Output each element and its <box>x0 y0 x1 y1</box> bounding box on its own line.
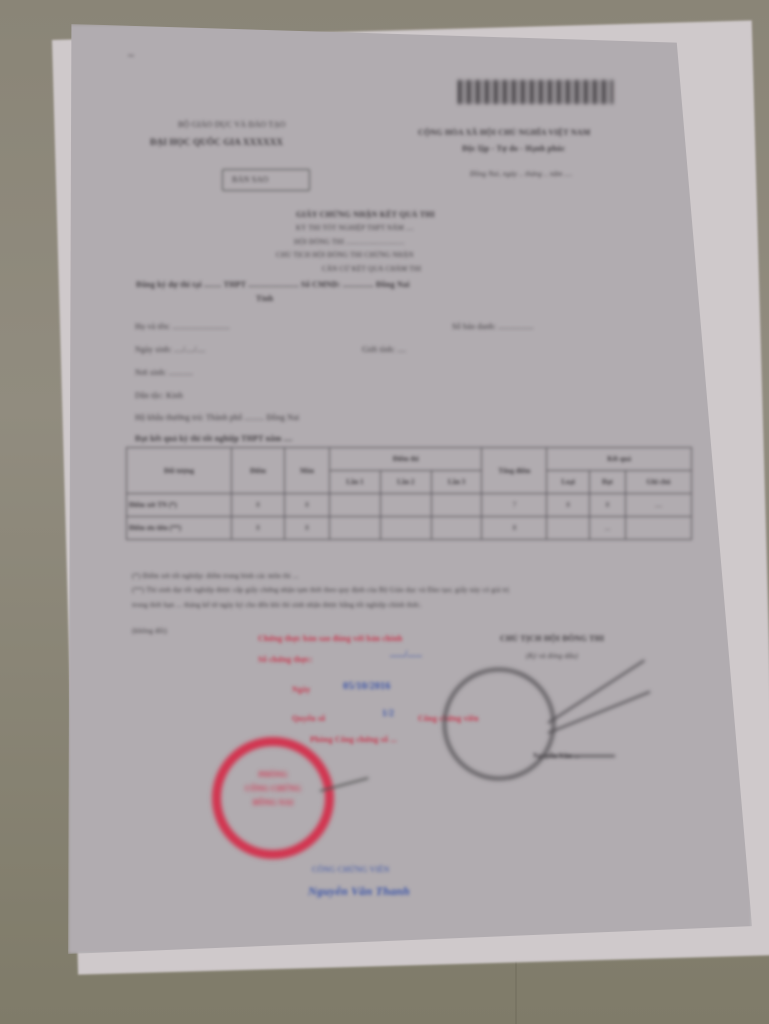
col-group-exam: Điểm thi <box>330 448 482 471</box>
col-total: Tổng điểm <box>482 448 547 494</box>
cert-line-2: Số chứng thực: <box>258 655 313 664</box>
title-line-1: GIẤY CHỨNG NHẬN KẾT QUẢ THI <box>296 210 435 219</box>
col-score: Điểm <box>232 448 285 494</box>
field-residence: Hộ khẩu thường trú: Thành phố ......... … <box>135 413 299 422</box>
table-cell: 7 <box>482 494 547 517</box>
notary-title: CÔNG CHỨNG VIÊN <box>312 865 390 874</box>
col-attempt-3: Lần 3 <box>431 471 482 494</box>
header-right-line1: CỘNG HÒA XÃ HỘI CHỦ NGHĨA VIỆT NAM <box>418 128 591 137</box>
table-cell <box>330 494 381 517</box>
table-cell: 8 <box>232 517 285 540</box>
table-cell: 8 <box>589 494 625 517</box>
field-gender: Giới tính: .... <box>362 345 406 354</box>
table-row: Điểm ưu tiên (**)888... <box>127 517 692 540</box>
header-left-line2: ĐẠI HỌC QUỐC GIA XXXXXX <box>150 137 283 147</box>
table-cell: Điểm ưu tiên (**) <box>127 517 232 540</box>
table-cell: 8 <box>285 517 330 540</box>
intro-line-1: Đăng ký dự thi tại ........ THPT .......… <box>136 280 631 289</box>
notary-stamp: PHÒNG CÔNG CHỨNG ĐỒNG NAI <box>212 737 334 859</box>
table-cell: 8 <box>547 494 589 517</box>
table-cell: ... <box>589 517 625 540</box>
note-4: (không đổi) <box>132 627 167 635</box>
header-right-line2: Độc lập - Tự do - Hạnh phúc <box>462 144 565 153</box>
field-name: Họ và tên: .......................... <box>135 322 230 331</box>
table-cell <box>380 517 431 540</box>
table-cell <box>431 517 482 540</box>
col-pass: Đạt <box>589 471 625 494</box>
signer-title: CHỦ TỊCH HỘI ĐỒNG THI <box>500 634 604 643</box>
table-cell: 8 <box>482 517 547 540</box>
header-left-line1: BỘ GIÁO DỤC VÀ ĐÀO TẠO <box>178 120 285 129</box>
intro-line-2: Tỉnh <box>256 294 273 303</box>
cert-office-line: Phòng Công chứng số ... <box>310 735 397 744</box>
header-date-line: Đồng Nai, ngày .. tháng .. năm .... <box>470 170 572 178</box>
note-2: (**) Thí sinh đạt tốt nghiệp được cấp gi… <box>132 586 692 594</box>
official-seal <box>443 668 555 780</box>
note-1: (*) Điểm xét tốt nghiệp: điểm trung bình… <box>132 572 299 580</box>
table-cell <box>330 517 381 540</box>
table-cell: Điểm xét TN (*) <box>127 494 232 517</box>
field-dob: Ngày sinh: ..../..../.... <box>135 345 205 354</box>
field-candidate-number: Số báo danh: ................ <box>452 322 534 331</box>
cert-date-label: Ngày <box>292 685 311 694</box>
table-cell <box>626 517 692 540</box>
col-attempt-1: Lần 1 <box>330 471 381 494</box>
title-line-2: KỲ THI TỐT NGHIỆP THPT NĂM .... <box>296 224 414 232</box>
field-ethnicity: Dân tộc: Kinh <box>135 391 183 400</box>
cert-book-label: Quyển số <box>292 714 325 723</box>
results-heading: Đạt kết quả kỳ thi tốt nghiệp THPT năm .… <box>135 434 292 443</box>
col-attempt-2: Lần 2 <box>380 471 431 494</box>
copy-label: BẢN SAO <box>232 175 268 184</box>
notary-name: Nguyễn Văn Thanh <box>308 884 410 899</box>
field-birthplace: Nơi sinh: ........... <box>135 368 193 377</box>
cert-date: 05/10/2016 <box>343 681 391 692</box>
table-cell <box>380 494 431 517</box>
col-note: Ghi chú <box>626 471 692 494</box>
title-line-5: CĂN CỨ KẾT QUẢ CHẤM THI <box>322 265 421 273</box>
cert-number: ....../...... <box>390 649 422 659</box>
title-line-3: HỘI ĐỒNG THI ...........................… <box>294 238 405 246</box>
col-subject: Đối tượng <box>127 448 232 494</box>
title-line-4: CHỦ TỊCH HỘI ĐỒNG THI CHỨNG NHẬN <box>276 251 414 259</box>
signer-sub: (Ký và đóng dấu) <box>526 652 578 660</box>
barcode <box>458 80 613 104</box>
document-content: ~ BỘ GIÁO DỤC VÀ ĐÀO TẠO ĐẠI HỌC QUỐC GI… <box>0 0 769 1024</box>
col-rank: Loại <box>547 471 589 494</box>
results-table-body: Điểm xét TN (*)88788....Điểm ưu tiên (**… <box>127 494 692 540</box>
col-subject-name: Môn <box>285 448 330 494</box>
table-cell: 8 <box>285 494 330 517</box>
signature-stroke-3 <box>545 755 615 757</box>
cert-book: 1/2 <box>382 708 394 718</box>
table-cell <box>431 494 482 517</box>
table-cell <box>547 517 589 540</box>
table-cell: 8 <box>232 494 285 517</box>
corner-mark: ~ <box>128 50 134 62</box>
table-row: Điểm xét TN (*)88788.... <box>127 494 692 517</box>
table-cell: .... <box>626 494 692 517</box>
col-group-result: Kết quả <box>547 448 692 471</box>
cert-line-1: Chứng thực bản sao đúng với bản chính <box>258 634 402 643</box>
results-table: Đối tượng Điểm Môn Điểm thi Tổng điểm Kế… <box>126 447 692 540</box>
note-3: trong thời hạn ... tháng kể từ ngày ký c… <box>132 601 692 609</box>
